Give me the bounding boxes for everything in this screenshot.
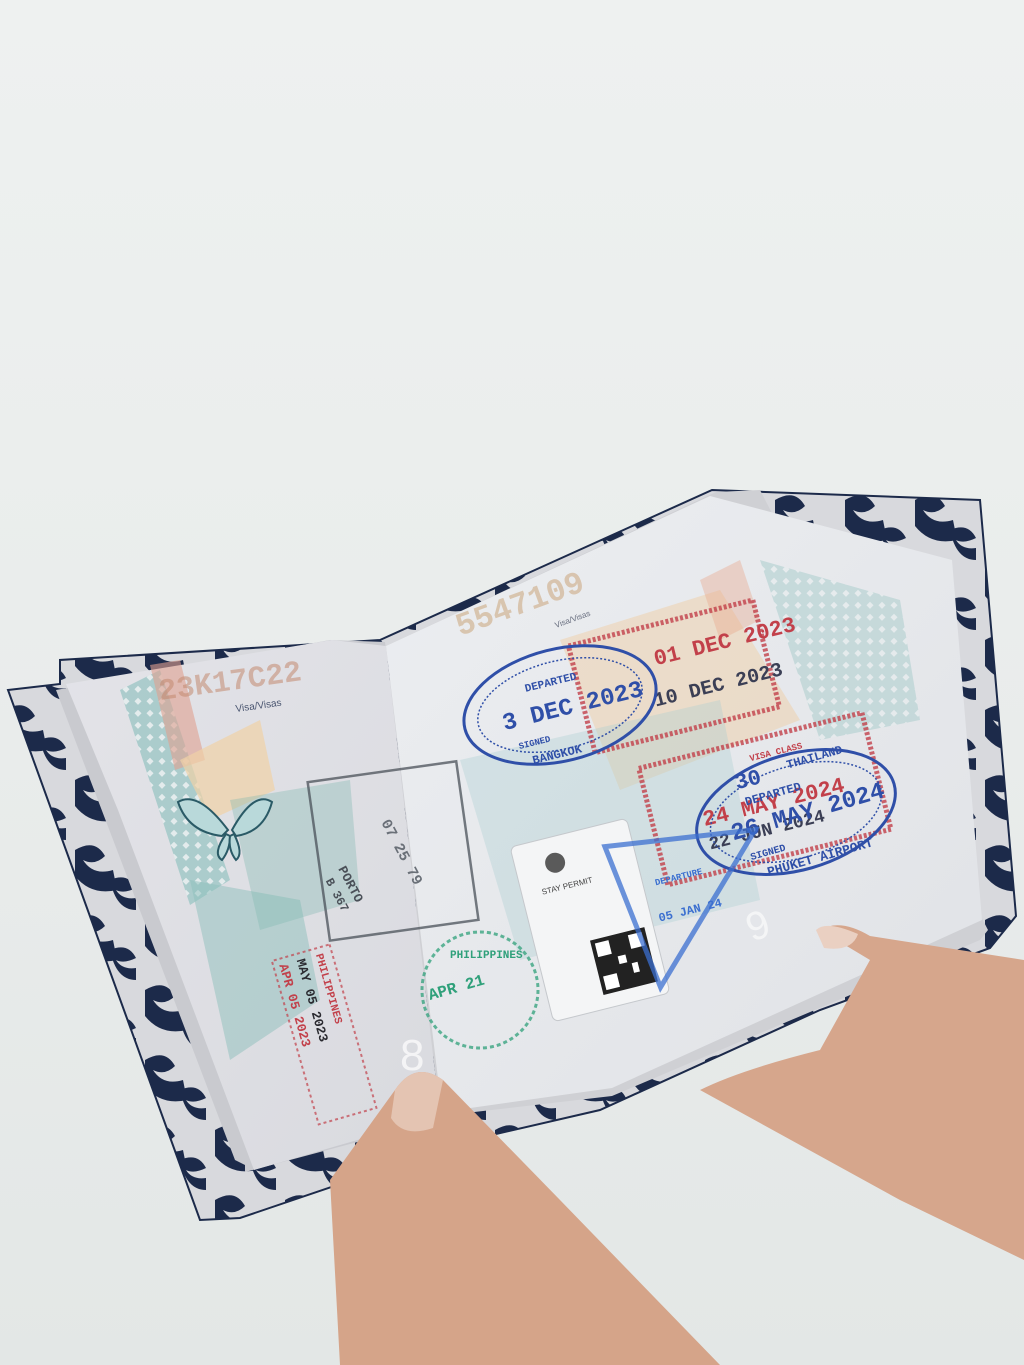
passport-illustration: 01 DEC 2023 10 DEC 2023 VISA CLASS 30 24… bbox=[0, 0, 1024, 1365]
svg-text:PHILIPPINES: PHILIPPINES bbox=[450, 950, 523, 962]
photo-scene: 01 DEC 2023 10 DEC 2023 VISA CLASS 30 24… bbox=[0, 0, 1024, 1365]
